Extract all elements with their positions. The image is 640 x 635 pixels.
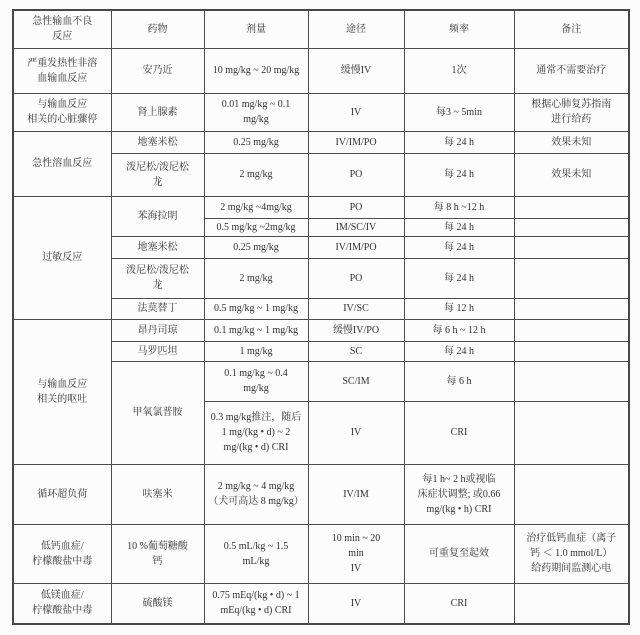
- col-header-reaction: 急性输血不良 反应: [13, 10, 111, 48]
- table-row: 过敏反应 苯海拉明 2 mg/kg ~4mg/kg PO 每 8 h ~12 h: [13, 196, 629, 218]
- cell-drug: 10 %葡萄糖酸 钙: [111, 524, 204, 583]
- table-row: 严重发热性非溶 血输血反应 安乃近 10 mg/kg ~ 20 mg/kg 缓慢…: [13, 48, 629, 93]
- cell-reaction: 严重发热性非溶 血输血反应: [13, 48, 111, 93]
- cell-note: 效果未知: [514, 131, 629, 153]
- cell-route: 缓慢IV/PO: [308, 319, 404, 341]
- cell-frequency: 每 24 h: [404, 131, 514, 153]
- cell-dose: 1 mg/kg: [204, 341, 308, 361]
- cell-frequency: CRI: [404, 401, 514, 464]
- cell-dose: 0.01 mg/kg ~ 0.1 mg/kg: [204, 93, 308, 131]
- cell-drug: 泼尼松/泼尼松 龙: [111, 258, 204, 298]
- cell-frequency: 每1 h~ 2 h或视临 床症状调整; 或0.66 mg/(kg • h) CR…: [404, 464, 514, 524]
- table-row: 循环超负荷 呋塞米 2 mg/kg ~ 4 mg/kg （犬可高达 8 mg/k…: [13, 464, 629, 524]
- cell-dose: 2 mg/kg ~4mg/kg: [204, 196, 308, 218]
- cell-frequency: 每 6 h ~ 12 h: [404, 319, 514, 341]
- cell-route: IV/IM/PO: [308, 131, 404, 153]
- cell-drug: 地塞米松: [111, 236, 204, 258]
- cell-note: [514, 196, 629, 218]
- cell-frequency: 每 24 h: [404, 218, 514, 236]
- cell-reaction: 低镁血症/ 柠檬酸盐中毒: [13, 583, 111, 624]
- cell-note: [514, 236, 629, 258]
- cell-frequency: 每 24 h: [404, 153, 514, 196]
- cell-note: [514, 319, 629, 341]
- cell-drug: 安乃近: [111, 48, 204, 93]
- col-header-frequency: 频率: [404, 10, 514, 48]
- transfusion-adverse-reaction-table: 急性输血不良 反应 药物 剂量 途径 频率 备注 严重发热性非溶 血输血反应 安…: [12, 9, 630, 625]
- table-row: 低钙血症/ 柠檬酸盐中毒 10 %葡萄糖酸 钙 0.5 mL/kg ~ 1.5 …: [13, 524, 629, 583]
- cell-route: 缓慢IV: [308, 48, 404, 93]
- col-header-notes: 备注: [514, 10, 629, 48]
- cell-dose: 10 mg/kg ~ 20 mg/kg: [204, 48, 308, 93]
- cell-note: 通常不需要治疗: [514, 48, 629, 93]
- cell-note: [514, 258, 629, 298]
- col-header-route: 途径: [308, 10, 404, 48]
- table-row: 与输血反应 相关的呕吐 昂丹司琼 0.1 mg/kg ~ 1 mg/kg 缓慢I…: [13, 319, 629, 341]
- cell-route: PO: [308, 153, 404, 196]
- cell-dose: 0.75 mEq/(kg • d) ~ 1 mEq/(kg • d) CRI: [204, 583, 308, 624]
- cell-frequency: 每 6 h: [404, 361, 514, 401]
- cell-route: IV/IM/PO: [308, 236, 404, 258]
- cell-dose: 0.5 mg/kg ~2mg/kg: [204, 218, 308, 236]
- cell-dose: 0.5 mg/kg ~ 1 mg/kg: [204, 298, 308, 319]
- cell-reaction: 过敏反应: [13, 196, 111, 319]
- cell-dose: 0.3 mg/kg推注，随后 1 mg/(kg • d) ~ 2 mg/(kg …: [204, 401, 308, 464]
- col-header-dose: 剂量: [204, 10, 308, 48]
- cell-drug: 法莫替丁: [111, 298, 204, 319]
- cell-reaction: 循环超负荷: [13, 464, 111, 524]
- table-row: 与输血反应 相关的心脏骤停 肾上腺素 0.01 mg/kg ~ 0.1 mg/k…: [13, 93, 629, 131]
- cell-route: IV/SC: [308, 298, 404, 319]
- cell-drug: 地塞米松: [111, 131, 204, 153]
- cell-note: 效果未知: [514, 153, 629, 196]
- table-row: 急性溶血反应 地塞米松 0.25 mg/kg IV/IM/PO 每 24 h 效…: [13, 131, 629, 153]
- cell-frequency: 每3 ~ 5min: [404, 93, 514, 131]
- cell-drug: 马罗匹坦: [111, 341, 204, 361]
- cell-drug: 硫酸镁: [111, 583, 204, 624]
- cell-route: PO: [308, 258, 404, 298]
- cell-note: 治疗低钙血症（离子 钙 ＜ 1.0 mmol/L） 给药期间监测心电: [514, 524, 629, 583]
- cell-route: IM/SC/IV: [308, 218, 404, 236]
- cell-note: [514, 464, 629, 524]
- cell-reaction: 急性溶血反应: [13, 131, 111, 196]
- cell-frequency: 1次: [404, 48, 514, 93]
- cell-frequency: 每 8 h ~12 h: [404, 196, 514, 218]
- cell-frequency: 每 12 h: [404, 298, 514, 319]
- cell-note: 根据心肺复苏指南 进行给药: [514, 93, 629, 131]
- cell-dose: 2 mg/kg: [204, 153, 308, 196]
- cell-dose: 2 mg/kg: [204, 258, 308, 298]
- cell-frequency: 每 24 h: [404, 258, 514, 298]
- cell-dose: 0.1 mg/kg ~ 1 mg/kg: [204, 319, 308, 341]
- cell-note: [514, 218, 629, 236]
- cell-reaction: 与输血反应 相关的呕吐: [13, 319, 111, 464]
- cell-drug: 肾上腺素: [111, 93, 204, 131]
- cell-drug: 泼尼松/泼尼松 龙: [111, 153, 204, 196]
- header-row: 急性输血不良 反应 药物 剂量 途径 频率 备注: [13, 10, 629, 48]
- cell-frequency: CRI: [404, 583, 514, 624]
- cell-note: [514, 361, 629, 401]
- cell-route: IV: [308, 93, 404, 131]
- cell-frequency: 每 24 h: [404, 341, 514, 361]
- cell-route: IV: [308, 401, 404, 464]
- cell-route: IV/IM: [308, 464, 404, 524]
- cell-drug: 甲氧氯普胺: [111, 361, 204, 464]
- cell-reaction: 与输血反应 相关的心脏骤停: [13, 93, 111, 131]
- cell-route: PO: [308, 196, 404, 218]
- cell-route: IV: [308, 583, 404, 624]
- cell-drug: 苯海拉明: [111, 196, 204, 236]
- cell-note: [514, 298, 629, 319]
- table-container: 急性输血不良 反应 药物 剂量 途径 频率 备注 严重发热性非溶 血输血反应 安…: [12, 9, 630, 625]
- cell-frequency: 每 24 h: [404, 236, 514, 258]
- cell-reaction: 低钙血症/ 柠檬酸盐中毒: [13, 524, 111, 583]
- cell-dose: 0.25 mg/kg: [204, 236, 308, 258]
- cell-route: SC/IM: [308, 361, 404, 401]
- col-header-drug: 药物: [111, 10, 204, 48]
- cell-note: [514, 401, 629, 464]
- cell-route: 10 min ~ 20 min IV: [308, 524, 404, 583]
- cell-dose: 2 mg/kg ~ 4 mg/kg （犬可高达 8 mg/kg）: [204, 464, 308, 524]
- cell-drug: 昂丹司琼: [111, 319, 204, 341]
- cell-note: [514, 583, 629, 624]
- cell-frequency: 可重复至起效: [404, 524, 514, 583]
- cell-dose: 0.5 mL/kg ~ 1.5 mL/kg: [204, 524, 308, 583]
- table-row: 低镁血症/ 柠檬酸盐中毒 硫酸镁 0.75 mEq/(kg • d) ~ 1 m…: [13, 583, 629, 624]
- cell-note: [514, 341, 629, 361]
- cell-route: SC: [308, 341, 404, 361]
- cell-drug: 呋塞米: [111, 464, 204, 524]
- cell-dose: 0.1 mg/kg ~ 0.4 mg/kg: [204, 361, 308, 401]
- cell-dose: 0.25 mg/kg: [204, 131, 308, 153]
